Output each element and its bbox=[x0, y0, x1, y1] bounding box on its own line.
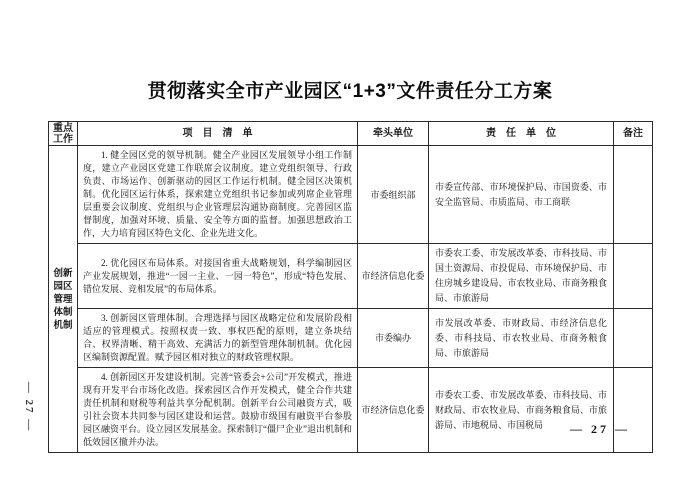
page-number-side: — 27 — bbox=[19, 367, 35, 447]
col-header-project-list: 项目清单 bbox=[78, 122, 358, 146]
table-row: 3. 创新园区管理体制。合理选择与园区战略定位和发展阶段相适应的管理模式。按照权… bbox=[49, 309, 653, 368]
responsible-units-2: 市委农工委、市发展改革委、市科技局、市国土资源局、市投促局、市环境保护局、市住房… bbox=[429, 244, 614, 309]
project-item-4: 4. 创新园区开发建设机制。完善“管委会+公司”开发模式，推进现有开发平台市场化… bbox=[78, 368, 358, 453]
lead-unit-3: 市委编办 bbox=[358, 309, 429, 368]
col-header-lead-unit: 牵头单位 bbox=[358, 122, 429, 146]
document-page: 贯彻落实全市产业园区“1+3”文件责任分工方案 重点 工作 项目清单 牵头单位 … bbox=[0, 0, 700, 495]
responsible-units-3: 市发展改革委、市财政局、市经济信息化委、市科技局、市农牧业局、市商务粮食局、市旅… bbox=[429, 309, 614, 368]
responsible-units-4: 市委农工委、市发展改革委、市科技局、市财政局、市农牧业局、市商务粮食局、市旅游局… bbox=[429, 368, 614, 453]
responsible-units-1: 市委宣传部、市环境保护局、市国资委、市安全监管局、市质监局、市工商联 bbox=[429, 146, 614, 244]
remark-cell-3 bbox=[614, 309, 653, 368]
project-item-3: 3. 创新园区管理体制。合理选择与园区战略定位和发展阶段相适应的管理模式。按照权… bbox=[78, 309, 358, 368]
table-header-row: 重点 工作 项目清单 牵头单位 责任单位 备注 bbox=[49, 122, 653, 146]
page-title: 贯彻落实全市产业园区“1+3”文件责任分工方案 bbox=[0, 81, 700, 102]
remark-cell-4 bbox=[614, 368, 653, 453]
table-row: 2. 优化园区布局体系。对接国省重大战略规划，科学编制园区产业发展规划，推进“一… bbox=[49, 244, 653, 309]
remark-cell-2 bbox=[614, 244, 653, 309]
project-item-1: 1. 健全园区党的领导机制。健全产业园区发展领导小组工作制度，建立产业园区党建工… bbox=[78, 146, 358, 244]
page-number-bottom: — 27 — bbox=[553, 422, 647, 437]
col-header-key-work: 重点 工作 bbox=[49, 122, 78, 146]
table-row: 4. 创新园区开发建设机制。完善“管委会+公司”开发模式，推进现有开发平台市场化… bbox=[49, 368, 653, 453]
lead-unit-1: 市委组织部 bbox=[358, 146, 429, 244]
lead-unit-4: 市经济信息化委 bbox=[358, 368, 429, 453]
remark-cell-1 bbox=[614, 146, 653, 244]
key-work-group-label: 创新 园区 管理 体制 机制 bbox=[49, 146, 78, 453]
table-row: 创新 园区 管理 体制 机制 1. 健全园区党的领导机制。健全产业园区发展领导小… bbox=[49, 146, 653, 244]
responsibility-table: 重点 工作 项目清单 牵头单位 责任单位 备注 创新 园区 管理 体制 机制 1… bbox=[48, 121, 653, 453]
project-item-2: 2. 优化园区布局体系。对接国省重大战略规划，科学编制园区产业发展规划，推进“一… bbox=[78, 244, 358, 309]
col-header-remarks: 备注 bbox=[614, 122, 653, 146]
col-header-responsible-unit: 责任单位 bbox=[429, 122, 614, 146]
lead-unit-2: 市经济信息化委 bbox=[358, 244, 429, 309]
